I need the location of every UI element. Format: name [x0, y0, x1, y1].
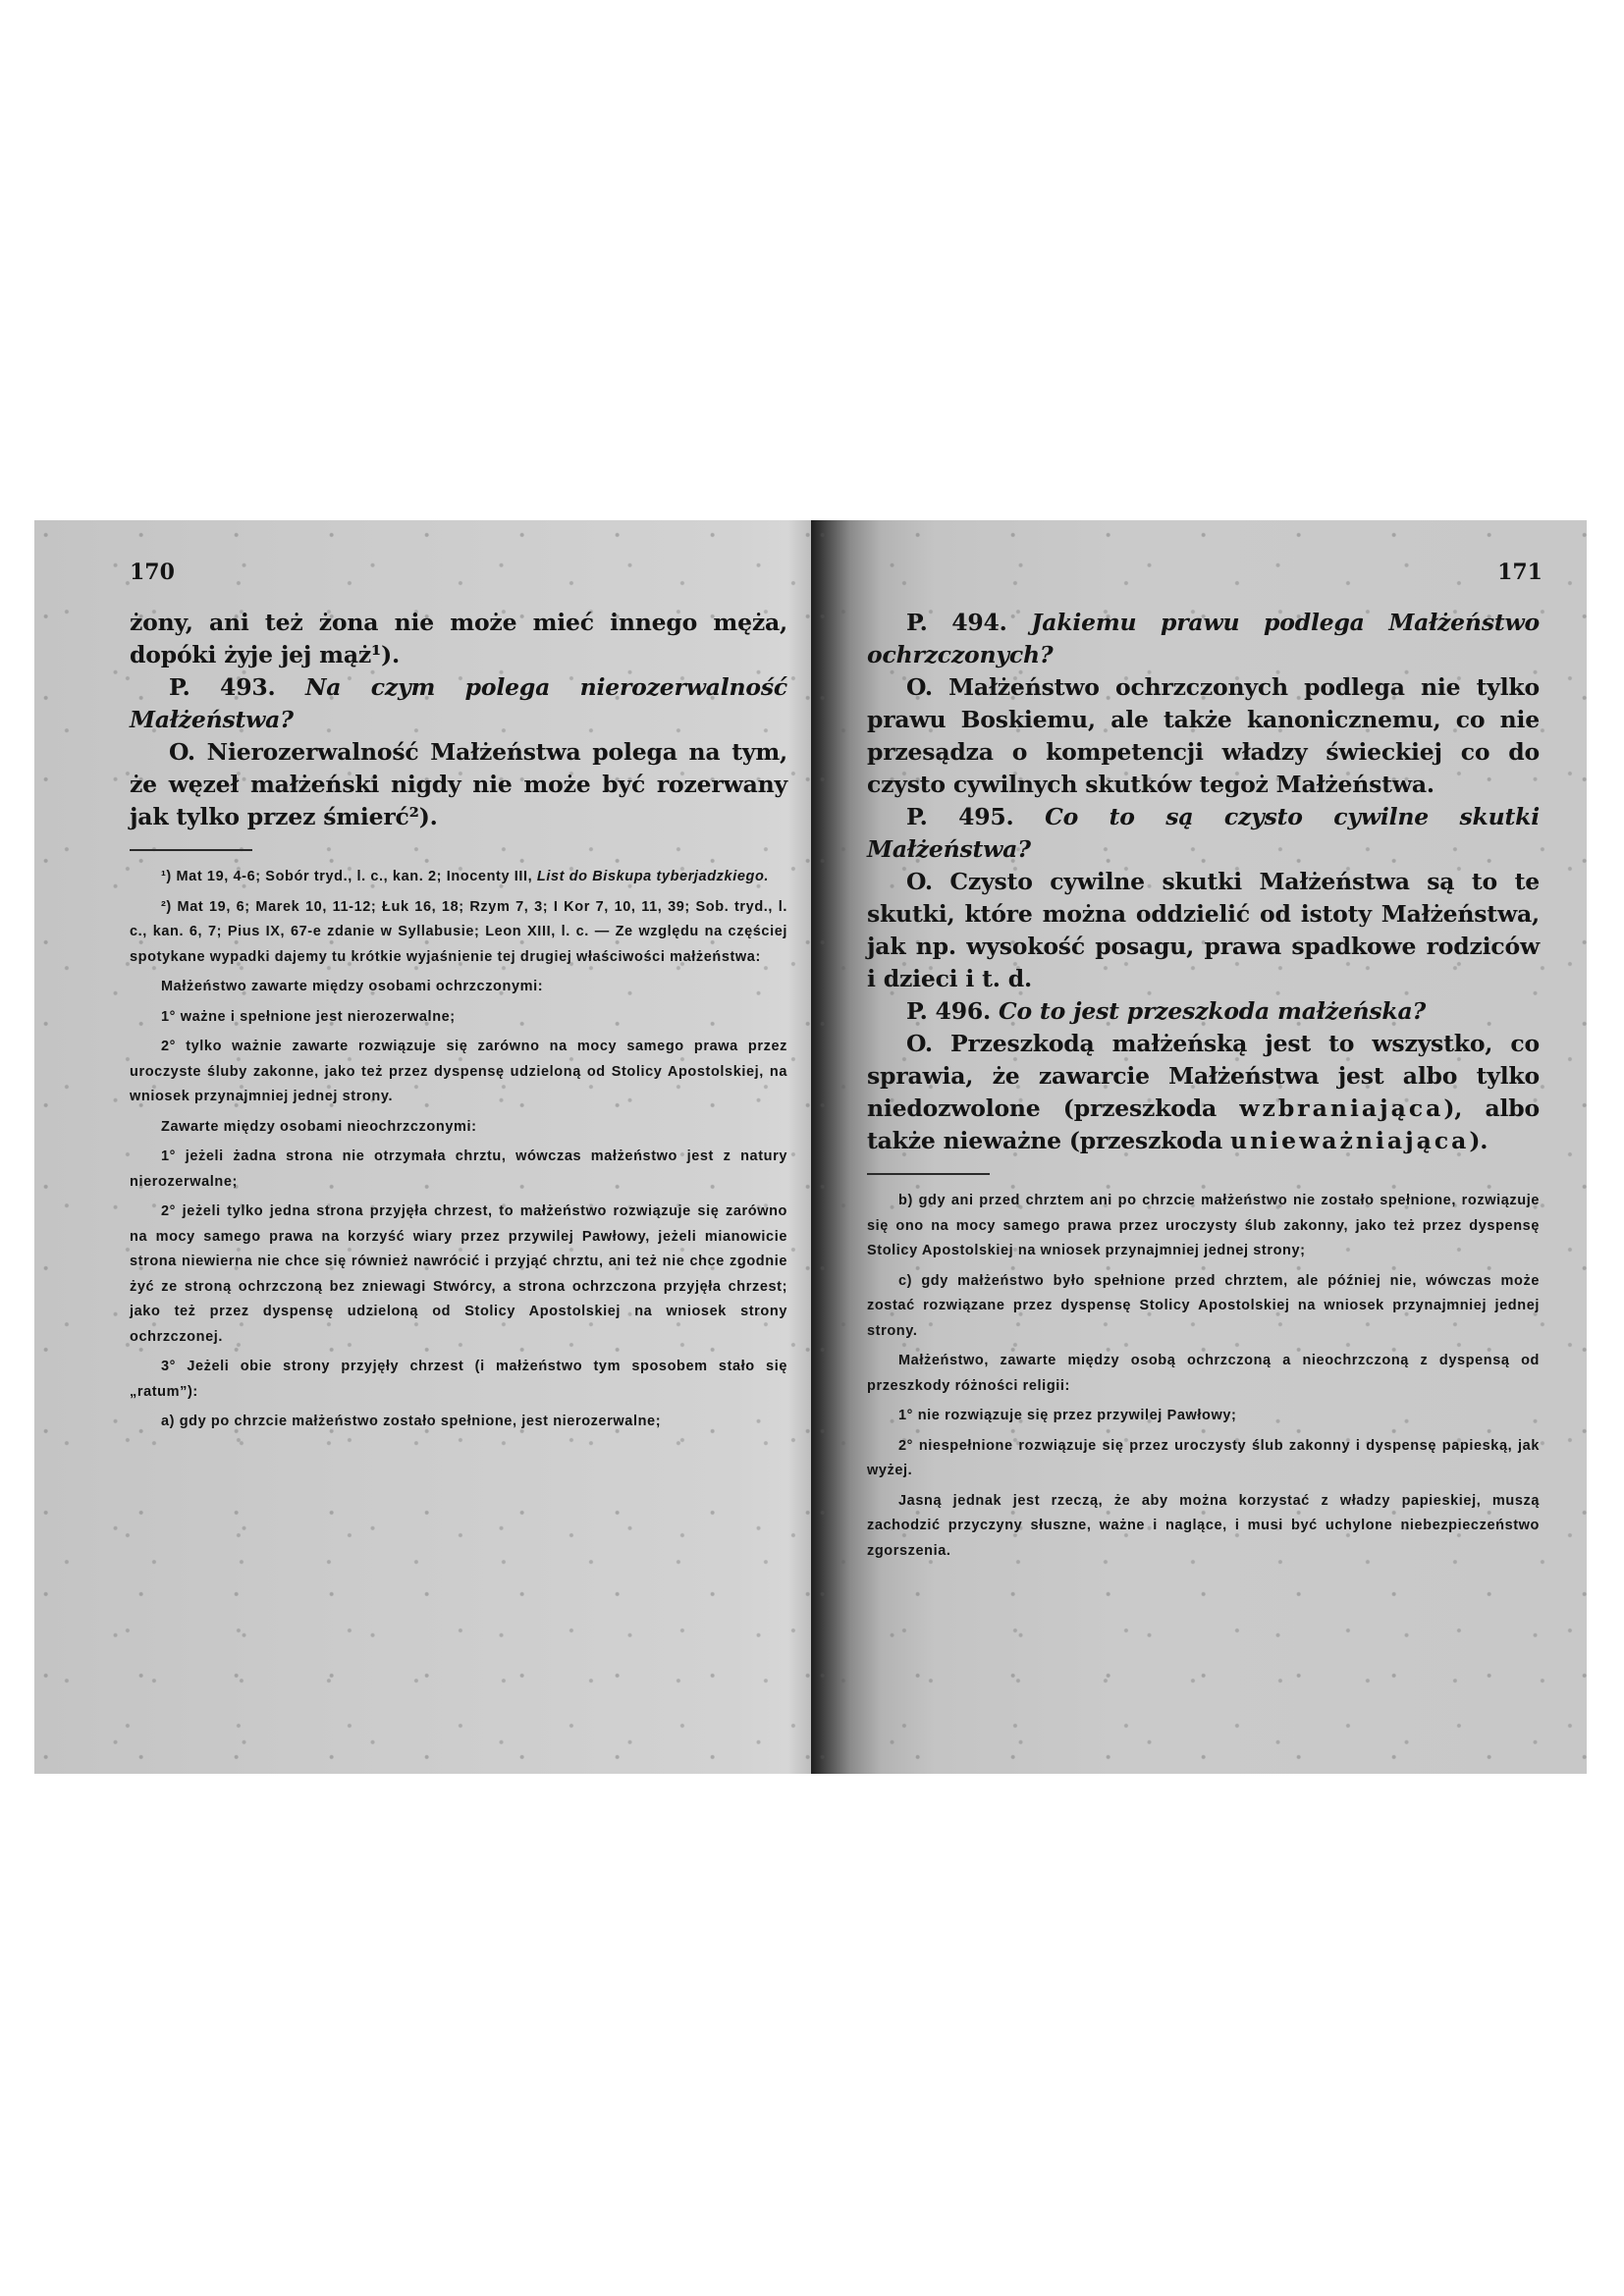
page-number: 170: [130, 560, 175, 585]
right-page-body: P. 494. Jakiemu prawu podlega Małżeństwo…: [867, 607, 1540, 1569]
question-493: P. 493. Na czym polega nierozerwalność M…: [130, 671, 787, 736]
answer-continuation: żony, ani też żona nie może mieć innego …: [130, 607, 787, 671]
footnotes: b) gdy ani przed chrztem ani po chrzcie …: [867, 1189, 1540, 1564]
footnote-marker: ¹): [161, 869, 172, 884]
footnote-paragraph: Małżeństwo zawarte między osobami ochrzc…: [130, 975, 787, 1000]
footnote-paragraph: Małżeństwo, zawarte między osobą ochrzcz…: [867, 1349, 1540, 1399]
footnote-paragraph: 2° niespełnione rozwiązuje się przez uro…: [867, 1434, 1540, 1484]
answer-text: ).: [1469, 1127, 1488, 1154]
question-label: P. 494.: [906, 609, 1007, 636]
footnote-paragraph: 3° Jeżeli obie strony przyjęły chrzest (…: [130, 1355, 787, 1405]
footnote-rule: [130, 849, 252, 851]
question-494: P. 494. Jakiemu prawu podlega Małżeństwo…: [867, 607, 1540, 671]
spaced-term: wzbraniająca: [1239, 1095, 1443, 1122]
answer-495: O. Czysto cywilne skutki Małżeństwa są t…: [867, 866, 1540, 995]
footnote-marker: ²): [161, 899, 172, 915]
answer-493: O. Nierozerwalność Małżeństwa polega na …: [130, 736, 787, 833]
left-page-body: żony, ani też żona nie może mieć innego …: [130, 607, 787, 1440]
footnote-paragraph: Zawarte między osobami nieochrzczonymi:: [130, 1115, 787, 1141]
footnote-1: ¹) Mat 19, 4-6; Sobór tryd., l. c., kan.…: [130, 865, 787, 890]
question-text: Co to jest przeszkoda małżeńska?: [999, 997, 1426, 1025]
spaced-term: unieważniająca: [1230, 1127, 1469, 1154]
footnote-text: Mat 19, 4-6; Sobór tryd., l. c., kan. 2;…: [177, 869, 537, 884]
footnote-rule: [867, 1173, 990, 1175]
question-label: P. 496.: [906, 997, 991, 1025]
footnote-paragraph: 2° tylko ważnie zawarte rozwiązuje się z…: [130, 1035, 787, 1110]
footnote-paragraph: 1° jeżeli żadna strona nie otrzymała chr…: [130, 1145, 787, 1195]
question-496: P. 496. Co to jest przeszkoda małżeńska?: [867, 995, 1540, 1028]
footnote-paragraph: c) gdy małżeństwo było spełnione przed c…: [867, 1269, 1540, 1345]
footnote-paragraph: a) gdy po chrzcie małżeństwo zostało spe…: [130, 1410, 787, 1435]
footnotes: ¹) Mat 19, 4-6; Sobór tryd., l. c., kan.…: [130, 865, 787, 1435]
footnote-2: ²) Mat 19, 6; Marek 10, 11-12; Łuk 16, 1…: [130, 895, 787, 971]
book-scan: 170 żony, ani też żona nie może mieć inn…: [34, 520, 1587, 1774]
answer-496: O. Przeszkodą małżeńską jest to wszystko…: [867, 1028, 1540, 1157]
answer-494: O. Małżeństwo ochrzczonych podlega nie t…: [867, 671, 1540, 801]
question-label: P. 493.: [169, 673, 276, 701]
footnote-paragraph: b) gdy ani przed chrztem ani po chrzcie …: [867, 1189, 1540, 1264]
right-page: 171 P. 494. Jakiemu prawu podlega Małżeń…: [811, 520, 1587, 1774]
question-label: P. 495.: [906, 803, 1014, 830]
footnote-italic-title: List do Biskupa tyberjadzkiego.: [537, 869, 769, 884]
footnote-paragraph: 1° ważne i spełnione jest nierozerwalne;: [130, 1005, 787, 1031]
question-495: P. 495. Co to są czysto cywilne skutki M…: [867, 801, 1540, 866]
left-page: 170 żony, ani też żona nie może mieć inn…: [34, 520, 811, 1774]
page-number: 171: [1497, 560, 1543, 585]
footnote-text: Mat 19, 6; Marek 10, 11-12; Łuk 16, 18; …: [130, 899, 787, 965]
footnote-paragraph: 2° jeżeli tylko jedna strona przyjęła ch…: [130, 1200, 787, 1350]
footnote-paragraph: 1° nie rozwiązuje się przez przywilej Pa…: [867, 1404, 1540, 1429]
footnote-paragraph: Jasną jednak jest rzeczą, że aby można k…: [867, 1489, 1540, 1565]
